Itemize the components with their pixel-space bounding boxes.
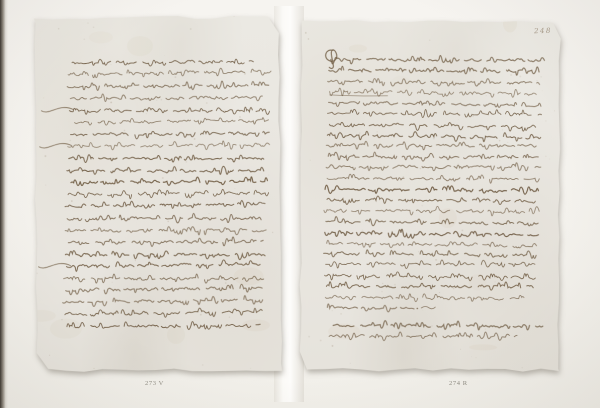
folio-number: 248 <box>534 27 552 36</box>
manuscript-leaf-left-paper <box>34 15 282 373</box>
photo-left-edge-shadow <box>0 0 8 408</box>
left-page-caption: 273 V <box>145 380 164 387</box>
manuscript-leaf-right <box>299 19 561 373</box>
manuscript-facsimile-photo: 248 273 V 274 R <box>0 0 600 408</box>
manuscript-leaf-left <box>34 15 282 373</box>
right-page-handwriting <box>299 19 561 373</box>
left-page-handwriting <box>34 15 282 373</box>
right-page-caption: 274 R <box>449 380 468 387</box>
manuscript-leaf-right-paper <box>299 19 561 373</box>
